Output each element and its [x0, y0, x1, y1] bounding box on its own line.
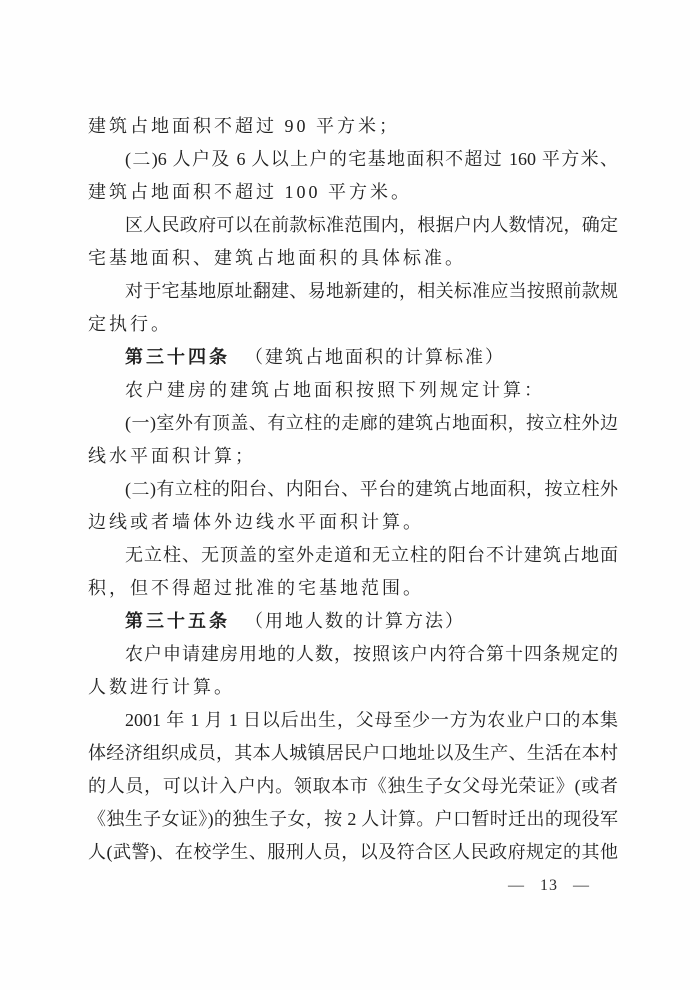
article-number: 第三十四条	[125, 347, 230, 367]
document-line: 的人员，可以计入户内。领取本市《独生子女父母光荣证》(或者	[88, 770, 618, 803]
document-line: 宅基地面积、建筑占地面积的具体标准。	[88, 242, 618, 275]
document-line: 《独生子女证》)的独生子女，按 2 人计算。户口暂时迁出的现役军	[88, 803, 618, 836]
document-line: 积，但不得超过批准的宅基地范围。	[88, 572, 618, 605]
document-line: 建筑占地面积不超过 100 平方米。	[88, 176, 618, 209]
document-line: 体经济组织成员，其本人城镇居民户口地址以及生产、生活在本村	[88, 737, 618, 770]
article-subject: （用地人数的计算方法）	[245, 611, 465, 631]
document-line: 无立柱、无顶盖的室外走道和无立柱的阳台不计建筑占地面	[88, 539, 618, 572]
article-number: 第三十五条	[125, 611, 230, 631]
document-line: 定执行。	[88, 308, 618, 341]
document-line: 农户建房的建筑占地面积按照下列规定计算：	[88, 374, 618, 407]
document-line: (一)室外有顶盖、有立柱的走廊的建筑占地面积，按立柱外边	[88, 407, 618, 440]
article-subject: （建筑占地面积的计算标准）	[245, 347, 505, 367]
document-page: 建筑占地面积不超过 90 平方米； (二)6 人户及 6 人以上户的宅基地面积不…	[0, 0, 700, 990]
document-line: (二)6 人户及 6 人以上户的宅基地面积不超过 160 平方米、	[88, 143, 618, 176]
document-line: 人数进行计算。	[88, 671, 618, 704]
article-35-heading: 第三十五条（用地人数的计算方法）	[88, 605, 618, 638]
document-line: 边线或者墙体外边线水平面积计算。	[88, 506, 618, 539]
document-line: 2001 年 1 月 1 日以后出生，父母至少一方为农业户口的本集	[88, 704, 618, 737]
document-line: 对于宅基地原址翻建、易地新建的，相关标准应当按照前款规	[88, 275, 618, 308]
document-text-block: 建筑占地面积不超过 90 平方米； (二)6 人户及 6 人以上户的宅基地面积不…	[88, 110, 618, 902]
document-line: 区人民政府可以在前款标准范围内，根据户内人数情况，确定	[88, 209, 618, 242]
article-34-heading: 第三十四条（建筑占地面积的计算标准）	[88, 341, 618, 374]
document-line: 人(武警)、在校学生、服刑人员，以及符合区人民政府规定的其他	[88, 836, 618, 869]
document-line: 线水平面积计算；	[88, 440, 618, 473]
document-line: 农户申请建房用地的人数，按照该户内符合第十四条规定的	[88, 638, 618, 671]
document-line: (二)有立柱的阳台、内阳台、平台的建筑占地面积，按立柱外	[88, 473, 618, 506]
document-line: 建筑占地面积不超过 90 平方米；	[88, 110, 618, 143]
page-number: — 13 —	[88, 869, 618, 902]
